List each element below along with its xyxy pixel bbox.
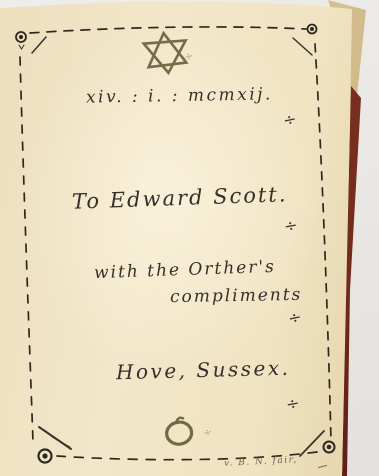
date-line: xiv. : i. : mcmxij. bbox=[86, 84, 273, 107]
corner-motif-bottom-left bbox=[39, 450, 52, 463]
place-line: Hove, Sussex. bbox=[116, 356, 291, 385]
slash-bottom-left bbox=[39, 427, 71, 449]
border-right bbox=[315, 44, 331, 441]
corner-motif-top-right bbox=[308, 25, 317, 34]
border-left bbox=[20, 57, 33, 442]
tick-below-top-left-circle bbox=[19, 45, 24, 49]
circle-with-stem-sketch-icon bbox=[157, 411, 204, 452]
book-inscription-photo: ÷ xiv. : i. : mcmxij. ÷ To Edward Scott.… bbox=[0, 0, 379, 476]
slash-bottom-left-2 bbox=[52, 437, 70, 447]
slash-top-right bbox=[293, 38, 312, 55]
slash-top-left bbox=[32, 37, 46, 53]
compliments-line-2: compliments bbox=[170, 285, 303, 307]
corner-motif-bottom-right bbox=[324, 442, 335, 453]
corner-motif-top-left bbox=[16, 32, 26, 42]
